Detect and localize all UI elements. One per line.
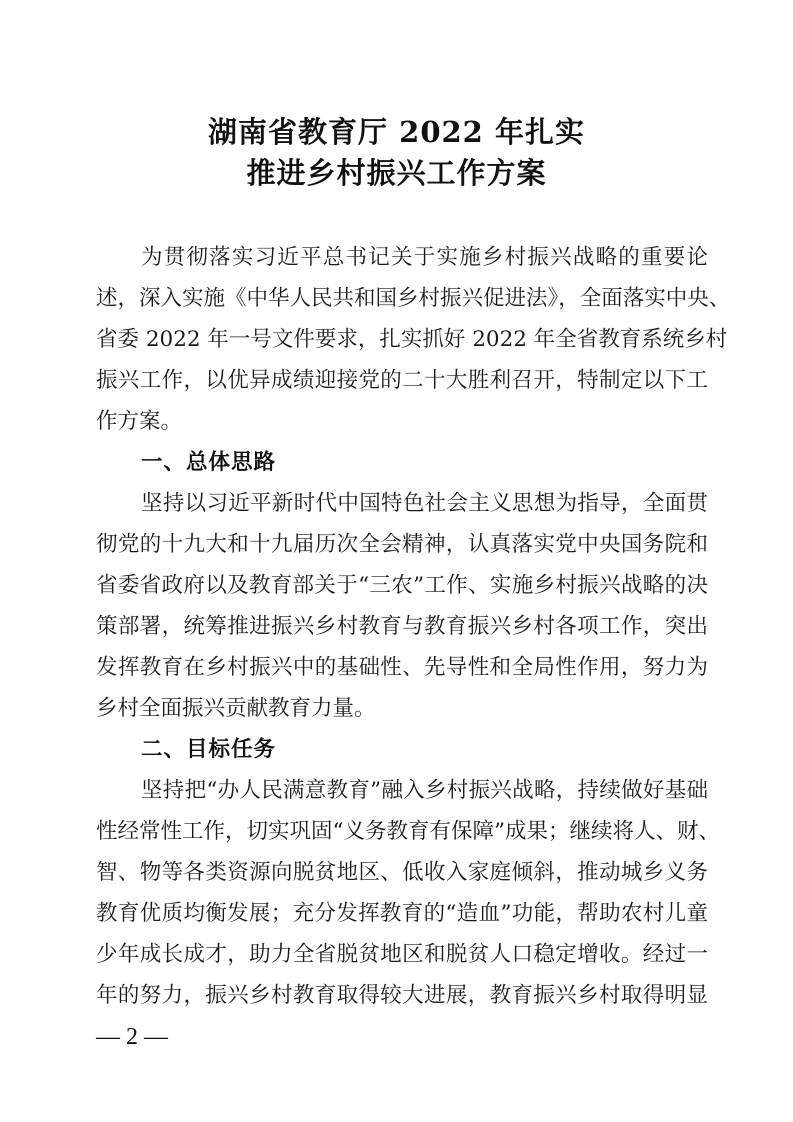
document-page: 湖南省教育厅 2022 年扎实 推进乡村振兴工作方案 为贯彻落实习近平总书记关于… [0, 0, 793, 1122]
intro-paragraph-line: 作方案。 [96, 402, 708, 442]
section-paragraph-line: 坚持以习近平新时代中国特色社会主义思想为指导，全面贯 [141, 484, 708, 524]
intro-paragraph-line: 为贯彻落实习近平总书记关于实施乡村振兴战略的重要论 [141, 238, 708, 278]
document-title-line-2: 推进乡村振兴工作方案 [0, 153, 793, 193]
intro-paragraph-line: 述，深入实施《中华人民共和国乡村振兴促进法》，全面落实中央、 [96, 279, 708, 319]
section-heading-goals-tasks: 二、目标任务 [141, 730, 276, 770]
section-paragraph-line: 年的努力，振兴乡村教育取得较大进展，教育振兴乡村取得明显 [96, 976, 708, 1016]
section-paragraph-line: 智、物等各类资源向脱贫地区、低收入家庭倾斜，推动城乡义务 [96, 853, 708, 893]
document-title-line-1: 湖南省教育厅 2022 年扎实 [0, 112, 793, 152]
section-paragraph-line: 省委省政府以及教育部关于“三农”工作、实施乡村振兴战略的决 [96, 566, 708, 606]
section-paragraph-line: 坚持把“办人民满意教育”融入乡村振兴战略，持续做好基础 [141, 771, 708, 811]
section-paragraph-line: 少年成长成才，助力全省脱贫地区和脱贫人口稳定增收。经过一 [96, 935, 708, 975]
section-paragraph-line: 乡村全面振兴贡献教育力量。 [96, 689, 708, 729]
page-number: — 2 — [96, 1022, 168, 1052]
section-paragraph-line: 彻党的十九大和十九届历次全会精神，认真落实党中央国务院和 [96, 525, 708, 565]
section-paragraph-line: 发挥教育在乡村振兴中的基础性、先导性和全局性作用，努力为 [96, 648, 708, 688]
intro-paragraph-line: 省委 2022 年一号文件要求，扎实抓好 2022 年全省教育系统乡村 [96, 320, 708, 360]
intro-paragraph-line: 振兴工作，以优异成绩迎接党的二十大胜利召开，特制定以下工 [96, 361, 708, 401]
section-heading-overall-approach: 一、总体思路 [141, 443, 276, 483]
section-paragraph-line: 策部署，统筹推进振兴乡村教育与教育振兴乡村各项工作，突出 [96, 607, 708, 647]
section-paragraph-line: 性经常性工作，切实巩固“义务教育有保障”成果；继续将人、财、 [96, 812, 708, 852]
section-paragraph-line: 教育优质均衡发展；充分发挥教育的“造血”功能，帮助农村儿童 [96, 894, 708, 934]
